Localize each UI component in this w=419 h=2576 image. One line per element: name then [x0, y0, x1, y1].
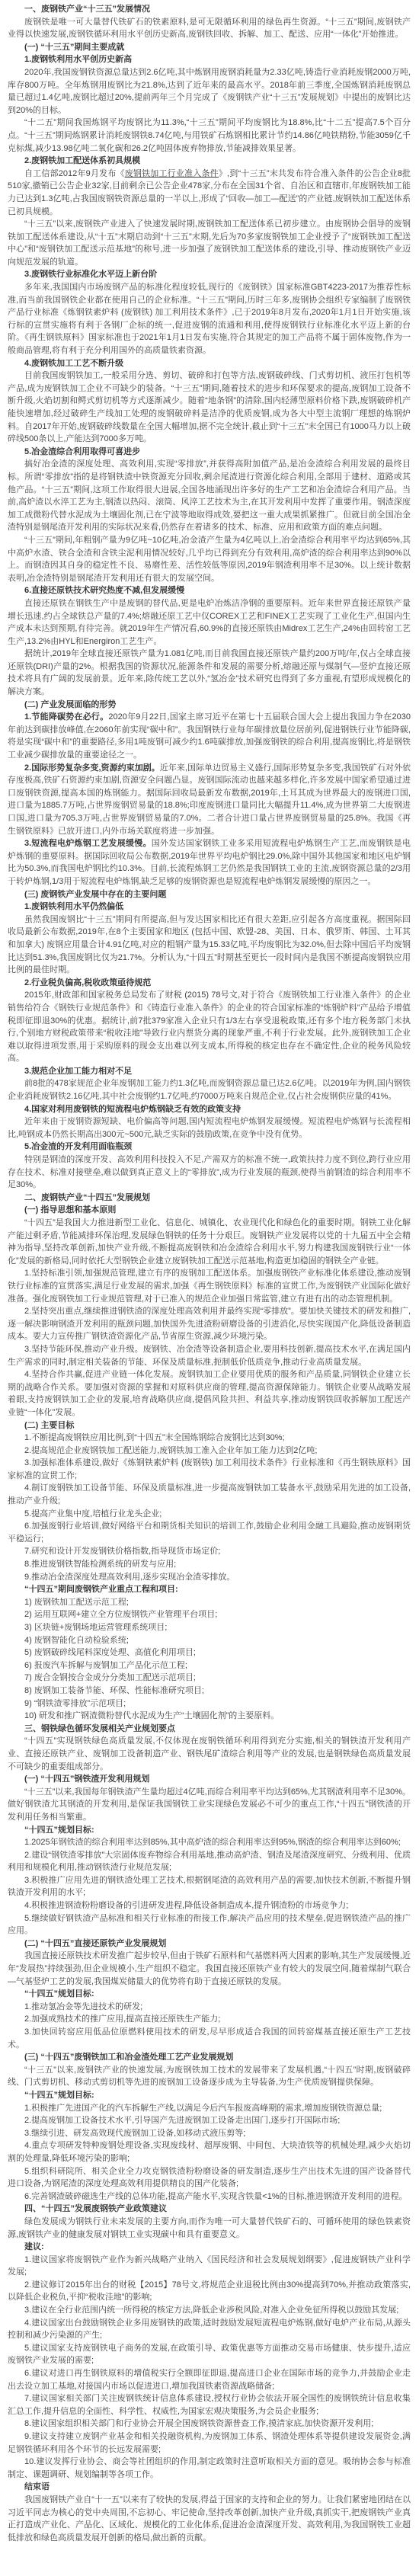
paragraph: 2015年,财政部和国家税务总局发布了财税 (2015) 78号文,对于符合《废… [8, 989, 411, 1065]
paragraph: 1.节能降碳势在必行。2020年9月22日,国家主席习近平在第七十五届联合国大会… [8, 711, 411, 761]
paragraph: “十四五”是我国大力推进新型工业化、信息化、城镇化、农业现代化和绿色化的重要时期… [8, 1217, 411, 1267]
clause-heading: 结束语 [8, 2481, 411, 2494]
paragraph: 废钢铁是唯一可大量替代铁矿石的铁素原料,是可无限循环利用的绿色再生资源。“十三五… [8, 16, 411, 41]
paragraph: 3.加快回转窑应用低品位原燃料使用技术的研发,尽早形成适合我国的回转窑煤基直接还… [8, 2026, 411, 2051]
subsection-heading: (一) “十三五”期间主要成就 [8, 41, 411, 54]
paragraph: 据统计,2019年全球直接还原铁产量为1.081亿吨,而目前我国直接还原铁产量约… [8, 648, 411, 698]
paragraph: “十三五”以来,废钢铁产业的快速发展,为废钢铁加工技术的发展带来了发展机遇,“十… [8, 2064, 411, 2089]
paragraph: 5) 废钢破碎线尾料深度处理、高值化利用项目; [8, 1646, 411, 1659]
section-heading: 三、钢铁绿色循环发展相关产业规划要点 [8, 1723, 411, 1736]
paragraph: 8.推进废钢铁智能检测系统的研发与应用; [8, 1558, 411, 1571]
paragraph: 2020年,我国废钢铁资源总量达到2.6亿吨,其中炼钢用废钢消耗量为2.33亿吨… [8, 66, 411, 117]
paragraph: 9) “钢铁渣零排放”示范项目; [8, 1698, 411, 1710]
paragraph: 5.继续做好钢铁渣产品标准和相关行业标准的衔接工作,解决产品应用的技术壁垒,促进… [8, 1912, 411, 1938]
paragraph: 4.建议国家出台鼓励钢铁企业多用废钢铁的政策,适时鼓励发展短流程电炉炼钢,做好电… [8, 2317, 411, 2342]
clause-heading: 2.废钢铁加工配送体系初具规模 [8, 155, 411, 168]
subsection-heading: (三) 废钢铁产业发展中存在的主要问题 [8, 888, 411, 901]
paragraph: 6.加强废钢行业培训,做好网络平台和期货相关知识的培训工作,鼓励企业利用金融工具… [8, 1520, 411, 1545]
paragraph: 5.组织科研院所、相关企业全力攻克钢铁渣粉粉磨设备的研发制造,逐步生产出技术先进… [8, 2165, 411, 2190]
clause-heading: 5.冶金渣的开发利用面临瓶颈 [8, 1141, 411, 1154]
paragraph: 7.研究和设计开发废钢铁价格指数,指导现货市场定价; [8, 1545, 411, 1558]
clause-heading: “十四五”规划目标: [8, 2089, 411, 2102]
paragraph: 3) 区块链+废钢场地运营管理系统项目; [8, 1621, 411, 1634]
paragraph: 8.建议国家组织相关部门和行业协会开展全国废钢铁资源普查工作,摸清家底,加快资源… [8, 2418, 411, 2430]
paragraph: 4) 废钢智能化自动检验系统; [8, 1634, 411, 1647]
section-heading: 一、废钢铁产业“十三五”发展情况 [8, 3, 411, 16]
paragraph: 4.制订废钢铁加工设备节能、环保及质量标准,进一步提高废钢铁加工装备水平,鼓励采… [8, 1482, 411, 1507]
paragraph: 3.继续引进、研发高效现代废钢加工设备,如移动式液压剪等; [8, 2127, 411, 2140]
document-body: 一、废钢铁产业“十三五”发展情况废钢铁是唯一可大量替代铁矿石的铁素原料,是可无限… [8, 3, 411, 2544]
clause-heading: 6.直接还原铁技术研究热度不减,但发展缓慢 [8, 584, 411, 597]
paragraph: 3.积极推广应用先进的钢铁渣处理工艺技术,根据钢尾渣的高效利用产品的需要,加快技… [8, 1874, 411, 1899]
clause-heading: “十四五”期间废钢铁产业重点工程和项目: [8, 1583, 411, 1596]
paragraph: 多年来,我国国内市场废钢产品的标准化程度较低,现行的《废钢铁》国家标准GBT42… [8, 281, 411, 357]
paragraph: 4.坚持合作共赢,促进产业链一体化发展。废钢铁加工企业要用优质的服务和产品质量,… [8, 1368, 411, 1419]
paragraph: 10.建议发挥行业协会、商会等社团组织的作用,制定政策时注意听取相关方面的意见。… [8, 2456, 411, 2481]
paragraph: 我国直接还原铁技术研发推广起步较早,但由于铁矿石原料和气基燃料两大因素的影响,其… [8, 1950, 411, 1988]
clause-heading: “十四五”规划目标: [8, 1988, 411, 2001]
paragraph: “十三五”期间,年粗钢产量为9亿吨~10亿吨,冶金渣产生量为4亿吨以上,冶金渣综… [8, 534, 411, 584]
clause-heading: 4.国家对利用废钢铁的短流程电炉炼钢缺乏有效的政策支持 [8, 1103, 411, 1116]
subsection-heading: (一) 指导思想和基本原则 [8, 1204, 411, 1217]
subsection-heading: (一) “十四五”钢铁渣开发利用规划 [8, 1773, 411, 1786]
paragraph: 2) 运用互联网+建立全方位废钢铁产业管理平台项目; [8, 1608, 411, 1621]
paragraph: 绿色发展成为钢铁行业未来发展的主要方向,而作为唯一可大量替代铁矿石的、可循环使用… [8, 2216, 411, 2241]
clause-heading: 3.规范企业加工能力相对不足 [8, 1065, 411, 1078]
paragraph: “十四五”实现钢铁绿色高质量发展,不仅体现在废钢铁循环利用得到充分实施,相关的钢… [8, 1735, 411, 1773]
subsection-heading: (二) “十四五”直接还原铁产业发展规划 [8, 1938, 411, 1950]
paragraph: 9.建议支持建立废钢产业基金和相关投融资机构,为废钢加工体系、钢渣处理体系等提供… [8, 2430, 411, 2456]
paragraph: 2.坚持突出重点,继续推进钢铁渣的深度处理高效利用并最终实现“零排放”。要加快关… [8, 1305, 411, 1343]
paragraph: 1.建议国家将废钢铁产业作为新兴战略产业纳入《国民经济和社会发展规划纲要》,促进… [8, 2254, 411, 2279]
paragraph: 3.坚持节能环保,推动产业升级。废钢铁、冶金渣等设备制造企业,要用科技创新,提高… [8, 1343, 411, 1368]
paragraph: “十三五”以来,我国每年钢铁渣产生量均超过4亿吨,而综合利用率平均达到65%,尤… [8, 1786, 411, 1824]
paragraph: 6) 报废汽车拆解与废钢加工产品化示范工程; [8, 1659, 411, 1672]
paragraph: 2.建设“钢铁渣零排放”大宗固体废弃物综合利用基地,推动高炉渣、钢渣及尾渣深度研… [8, 1849, 411, 1874]
paragraph: 1.不断提高废钢铁应用比例,到“十四五”末全国炼钢综合废钢比达到30%; [8, 1432, 411, 1445]
paragraph: 1.坚持标准引领,加强规范管理,建立有序的废钢加工配送体系。加强废钢铁产业标准化… [8, 1267, 411, 1305]
paragraph-text: 自工信部2012年9月发布《 [24, 169, 125, 178]
clause-heading: 4.废钢铁加工工艺不断升级 [8, 357, 411, 370]
section-heading: 二、废钢铁产业“十四五”发展规划 [8, 1192, 411, 1205]
document-page: 一、废钢铁产业“十三五”发展情况废钢铁是唯一可大量替代铁矿石的铁素原料,是可无限… [0, 0, 419, 2576]
paragraph: 1.推动氢冶金等先进技术的研发; [8, 2001, 411, 2014]
paragraph: 直接还原铁在钢铁生产中是废钢的替代品,更是电炉冶炼洁净钢的重要原料。近年来世界直… [8, 597, 411, 648]
paragraph: 3.建议在全行业范围内统一所得税的核定方法,降低企业涉税风险,对准入企业免征所得… [8, 2304, 411, 2317]
paragraph: 1) 废钢铁加工配送示范工程; [8, 1596, 411, 1609]
paragraph: 5.建议国家支持废钢铁电子商务的发展,在政策引导、政策优惠等方面推动交易市场健康… [8, 2342, 411, 2367]
paragraph-lead: 3.短流程电炉炼钢工艺发展缓慢。 [24, 839, 152, 848]
paragraph: 2.提高规范企业废钢铁加工配送能力,废钢铁加工准入企业年加工能力达到2亿吨; [8, 1445, 411, 1458]
clause-heading: 3.废钢铁行业标准化水平迈上新台阶 [8, 268, 411, 281]
subsection-heading: (二) 主要目标 [8, 1419, 411, 1432]
clause-heading: 5.冶金渣综合利用取得可喜进步 [8, 446, 411, 459]
paragraph: 1.2025年钢铁渣的综合利用率达到85%,其中高炉渣的综合利用率达到95%,钢… [8, 1836, 411, 1849]
clause-heading: 建议: [8, 2241, 411, 2254]
clause-heading: 1.废钢铁利用水平创历史新高 [8, 53, 411, 66]
paragraph: 2.国际形势复杂多变,资源约束加剧。近年来,国际单边贸易主义盛行,国际形势复杂多… [8, 762, 411, 838]
paragraph-lead: 2.国际形势复杂多变,资源约束加剧。 [24, 763, 160, 773]
paragraph: 2.加强成熟技术的推广应用,提高直接还原铁生产能力; [8, 2013, 411, 2026]
paragraph: 4.重点专项研发特种废钢处理设备,实现废线材、超厚废钢、中间包、大块渣铁等的机械… [8, 2139, 411, 2165]
paragraph: “十三五”以来,废钢铁产业进入了快速发展时期,废钢铁加工配送体系已初步建立。由废… [8, 218, 411, 268]
paragraph: 6.完善钢渣破碎磁选生产线的总体功能,提高产能水平,实现含铁量<1%的目标,推进… [8, 2190, 411, 2203]
inline-link[interactable]: 废钢铁加工行业准入条件 [125, 169, 219, 178]
paragraph: 3.短流程电炉炼钢工艺发展缓慢。国外发达国家钢铁工业多采用短流程电炉炼钢生产工艺… [8, 837, 411, 888]
paragraph: 7) 废合金钢按合金成分分类加工配送示范项目; [8, 1672, 411, 1685]
paragraph: 特别是钢渣的深度开发、高效利用科技投入不足,产需双方的标准不统一,政策扶持力度不… [8, 1154, 411, 1192]
paragraph: 虽然我国废钢比“十三五”期间有所提高,但与发达国家相比还有很大差距,应引起各方高… [8, 914, 411, 977]
paragraph: 10) 研发和推广钢渣微粉替代水泥成为生产“土壤固化剂”的主要原料。 [8, 1710, 411, 1723]
paragraph: 我国废钢铁产业自“十一五”以来有了较快的发展,得益于国家的支持和企业的努力。让我… [8, 2494, 411, 2544]
paragraph: 6.建议对进口再生钢铁原料的增值税实行全额即征即退,提高进口企业在国际市场的竞争… [8, 2367, 411, 2392]
paragraph: 目前我国废钢铁加工,一般采用分选、剪切、破碎和打包等方法,废钢破碎线、门式剪切机… [8, 370, 411, 446]
paragraph: 近年来由于废钢资源短缺、电价偏高等问题,国内短流程电炉炼钢发展缓慢。短流程电炉炼… [8, 1115, 411, 1141]
subsection-heading: (三) “十四五”废钢铁加工和冶金渣处理工艺产业发展规划 [8, 2051, 411, 2064]
paragraph-lead: 1.节能降碳势在必行。 [24, 712, 108, 722]
paragraph-text: 近年来,国际单边贸易主义盛行,国际形势复杂多变,我国铁矿石对外依存度极高,铁矿石… [8, 763, 411, 836]
clause-heading: 2.行业税负偏高,税收政策亟待规范 [8, 977, 411, 990]
subsection-heading: (二) 产业发展面临的形势 [8, 699, 411, 712]
paragraph: 4.积极推进钢渣粉粉磨设备的引进研发进程,降低设备制造成本,提升钢渣粉的市场竞争… [8, 1899, 411, 1912]
paragraph: 搞好冶金渣的深度处理、高效利用,实现“零排放”,并获得高附加值产品,是冶金渣综合… [8, 458, 411, 534]
paragraph: 自工信部2012年9月发布《废钢铁加工行业准入条件》,到“十三五”末共发布符合准… [8, 168, 411, 218]
section-heading: 四、“十四五”发展废钢铁产业政策建议 [8, 2203, 411, 2216]
paragraph: 5.提高产业集中度,培植行业龙头企业; [8, 1508, 411, 1521]
paragraph: 2.建议修订2015年出台的财税【2015】78号文,将规范企业退税比例由30%… [8, 2279, 411, 2304]
paragraph: 2.提高废钢加工设备技术水平,引导国产先进废钢加工设备走出国门,逐步打开国际市场… [8, 2114, 411, 2127]
paragraph: 9.推动冶金渣深度处理高效利用,逐步实现冶金渣零排放。 [8, 1571, 411, 1584]
paragraph: 前8批的478家规范企业年废钢加工能力约1.3亿吨,而废钢资源总量已达2.6亿吨… [8, 1077, 411, 1102]
paragraph: “十二五”期间我国炼钢平均废钢比为11.3%,“十三五”期间平均废钢比为18.8… [8, 117, 411, 155]
clause-heading: “十四五”规划目标: [8, 1824, 411, 1837]
paragraph: 1.积极推广先进国产化的汽车拆解生产线,以满足今后汽车报废高峰期的需求,增加废钢… [8, 2102, 411, 2115]
paragraph: 7.建议国家相关部门关注废钢铁统计信息体系建设,授权行业协会依法开展全国性的废钢… [8, 2392, 411, 2418]
paragraph: 8) 废钢加工装备节能、环保、性能标准研究项目; [8, 1685, 411, 1698]
clause-heading: 1.废钢铁利用水平仍然偏低 [8, 901, 411, 914]
paragraph: 3.加强标准体系建设,做好《炼钢铁素炉料 (废钢铁) 加工利用技术条件》行业标准… [8, 1457, 411, 1482]
